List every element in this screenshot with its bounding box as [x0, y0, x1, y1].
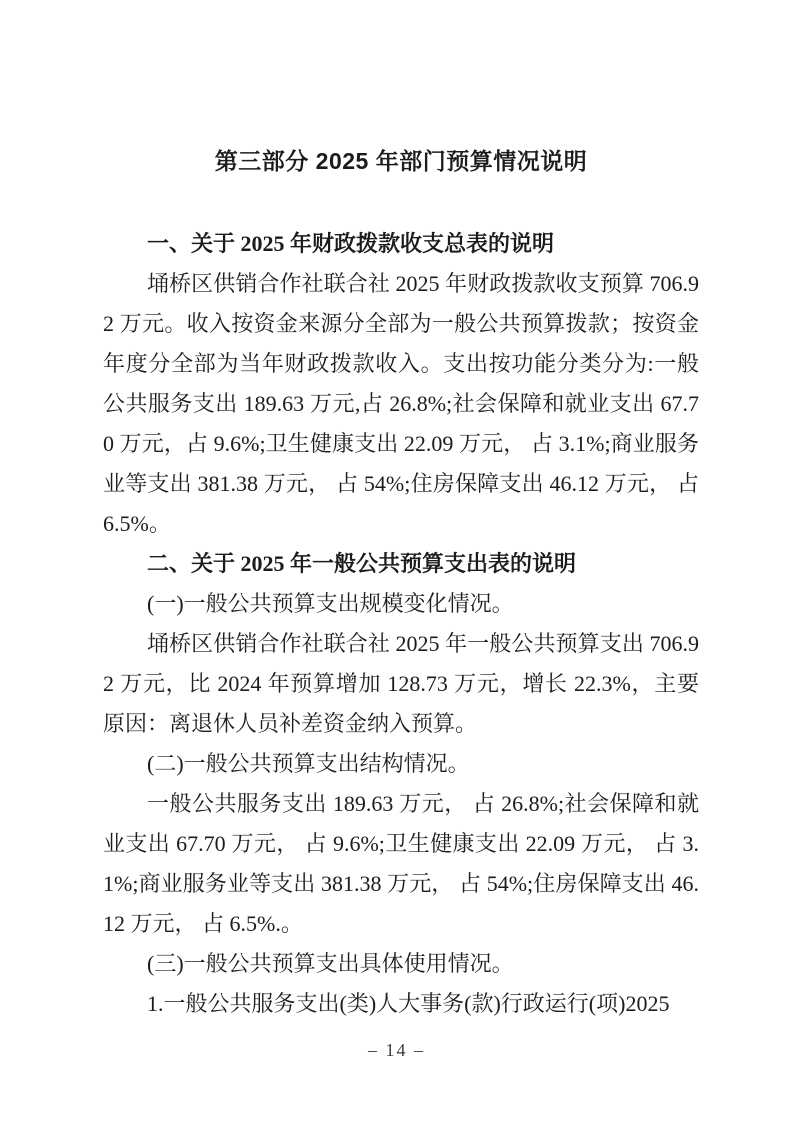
- section-2-paragraph-5: (三)一般公共预算支出具体使用情况。: [103, 944, 699, 984]
- section-2-heading: 二、关于 2025 年一般公共预算支出表的说明: [103, 544, 699, 584]
- section-2-paragraph-1: (一)一般公共预算支出规模变化情况。: [103, 584, 699, 624]
- page-number: – 14 –: [0, 1040, 793, 1061]
- section-2-paragraph-3: (二)一般公共预算支出结构情况。: [103, 744, 699, 784]
- page-title: 第三部分 2025 年部门预算情况说明: [103, 142, 699, 180]
- document-content: 第三部分 2025 年部门预算情况说明 一、关于 2025 年财政拨款收支总表的…: [103, 142, 699, 1024]
- section-2-paragraph-2: 埇桥区供销合作社联合社 2025 年一般公共预算支出 706.92 万元，比 2…: [103, 624, 699, 744]
- section-1-paragraph: 埇桥区供销合作社联合社 2025 年财政拨款收支预算 706.92 万元。收入按…: [103, 264, 699, 544]
- section-2-paragraph-4: 一般公共服务支出 189.63 万元， 占 26.8%;社会保障和就业支出 67…: [103, 784, 699, 944]
- section-2-paragraph-6: 1.一般公共服务支出(类)人大事务(款)行政运行(项)2025: [103, 984, 699, 1024]
- document-page: 第三部分 2025 年部门预算情况说明 一、关于 2025 年财政拨款收支总表的…: [0, 0, 793, 1122]
- section-1-heading: 一、关于 2025 年财政拨款收支总表的说明: [103, 224, 699, 264]
